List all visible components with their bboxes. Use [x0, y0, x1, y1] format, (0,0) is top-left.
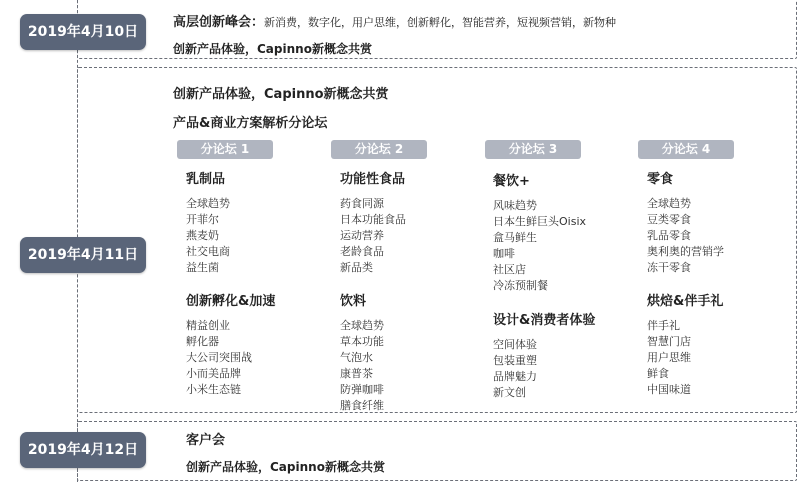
- list-item: 新文创: [493, 385, 595, 401]
- date-badge-day-2: 2019年4月11日: [20, 237, 146, 273]
- summit-label: 高层创新峰会：: [173, 15, 264, 30]
- list-item: 冻干零食: [647, 260, 724, 276]
- list-item: 大公司突围战: [186, 350, 275, 366]
- list-item: 小米生态链: [186, 382, 275, 398]
- list-item: 燕麦奶: [186, 228, 230, 244]
- group-title: 创新孵化&加速: [186, 290, 275, 309]
- forum-2-group-1: 功能性食品 药食同源 日本功能食品 运动营养 老龄食品 新品类: [340, 168, 406, 276]
- list-item: 中国味道: [647, 382, 723, 398]
- list-item: 鲜食: [647, 366, 723, 382]
- list-item: 伴手礼: [647, 318, 723, 334]
- list-item: 孵化器: [186, 334, 275, 350]
- list-item: 全球趋势: [647, 196, 724, 212]
- summit-line: 高层创新峰会：新消费，数字化，用户思维，创新孵化，智能营养，短视频营销，新物种: [173, 11, 616, 30]
- forum-4-tab: 分论坛 4: [638, 140, 734, 159]
- group-title: 设计&消费者体验: [493, 309, 595, 328]
- list-item: 日本生鲜巨头Oisix: [493, 214, 586, 230]
- list-item: 咖啡: [493, 246, 586, 262]
- list-item: 药食同源: [340, 196, 406, 212]
- list-item: 用户思维: [647, 350, 723, 366]
- group-title: 餐饮+: [493, 170, 586, 189]
- list-item: 草本功能: [340, 334, 384, 350]
- list-item: 气泡水: [340, 350, 384, 366]
- list-item: 冷冻预制餐: [493, 278, 586, 294]
- summit-topics: 新消费，数字化，用户思维，创新孵化，智能营养，短视频营销，新物种: [264, 16, 616, 29]
- list-item: 运动营养: [340, 228, 406, 244]
- list-item: 膳食纤维: [340, 398, 384, 414]
- list-item: 开菲尔: [186, 212, 230, 228]
- list-item: 乳品零食: [647, 228, 724, 244]
- client-meeting-title: 客户会: [186, 429, 225, 448]
- forum-3-group-1: 餐饮+ 风味趋势 日本生鲜巨头Oisix 盒马鲜生 咖啡 社区店 冷冻预制餐: [493, 170, 586, 294]
- list-item: 包装重塑: [493, 353, 595, 369]
- group-title: 零食: [647, 168, 724, 187]
- forum-3-group-2: 设计&消费者体验 空间体验 包装重塑 品牌魅力 新文创: [493, 309, 595, 401]
- forum-1-tab: 分论坛 1: [177, 140, 273, 159]
- forum-2-tab: 分论坛 2: [331, 140, 427, 159]
- list-item: 空间体验: [493, 337, 595, 353]
- list-item: 康普茶: [340, 366, 384, 382]
- date-badge-day-3: 2019年4月12日: [20, 432, 146, 468]
- list-item: 盒马鲜生: [493, 230, 586, 246]
- list-item: 风味趋势: [493, 198, 586, 214]
- list-item: 社区店: [493, 262, 586, 278]
- list-item: 老龄食品: [340, 244, 406, 260]
- date-badge-day-1: 2019年4月10日: [20, 14, 146, 50]
- list-item: 小而美品牌: [186, 366, 275, 382]
- forum-1-group-2: 创新孵化&加速 精益创业 孵化器 大公司突围战 小而美品牌 小米生态链: [186, 290, 275, 398]
- forum-2-group-2: 饮料 全球趋势 草本功能 气泡水 康普茶 防弹咖啡 膳食纤维: [340, 290, 384, 414]
- list-item: 精益创业: [186, 318, 275, 334]
- forum-1-group-1: 乳制品 全球趋势 开菲尔 燕麦奶 社交电商 益生菌: [186, 168, 230, 276]
- list-item: 奥利奥的营销学: [647, 244, 724, 260]
- forum-4-group-1: 零食 全球趋势 豆类零食 乳品零食 奥利奥的营销学 冻干零食: [647, 168, 724, 276]
- group-title: 饮料: [340, 290, 384, 309]
- forum-4-group-2: 烘焙&伴手礼 伴手礼 智慧门店 用户思维 鲜食 中国味道: [647, 290, 723, 398]
- day-2-experience: 创新产品体验，Capinno新概念共赏: [173, 83, 389, 102]
- list-item: 全球趋势: [340, 318, 384, 334]
- day-1-experience: 创新产品体验，Capinno新概念共赏: [173, 40, 372, 57]
- day-3-box: [77, 421, 797, 481]
- list-item: 豆类零食: [647, 212, 724, 228]
- list-item: 全球趋势: [186, 196, 230, 212]
- forum-section-title: 产品&商业方案解析分论坛: [173, 112, 327, 131]
- list-item: 智慧门店: [647, 334, 723, 350]
- list-item: 品牌魅力: [493, 369, 595, 385]
- forum-3-tab: 分论坛 3: [485, 140, 581, 159]
- list-item: 防弹咖啡: [340, 382, 384, 398]
- list-item: 新品类: [340, 260, 406, 276]
- list-item: 社交电商: [186, 244, 230, 260]
- group-title: 乳制品: [186, 168, 230, 187]
- list-item: 益生菌: [186, 260, 230, 276]
- group-title: 烘焙&伴手礼: [647, 290, 723, 309]
- list-item: 日本功能食品: [340, 212, 406, 228]
- day-3-experience: 创新产品体验，Capinno新概念共赏: [186, 458, 385, 475]
- group-title: 功能性食品: [340, 168, 406, 187]
